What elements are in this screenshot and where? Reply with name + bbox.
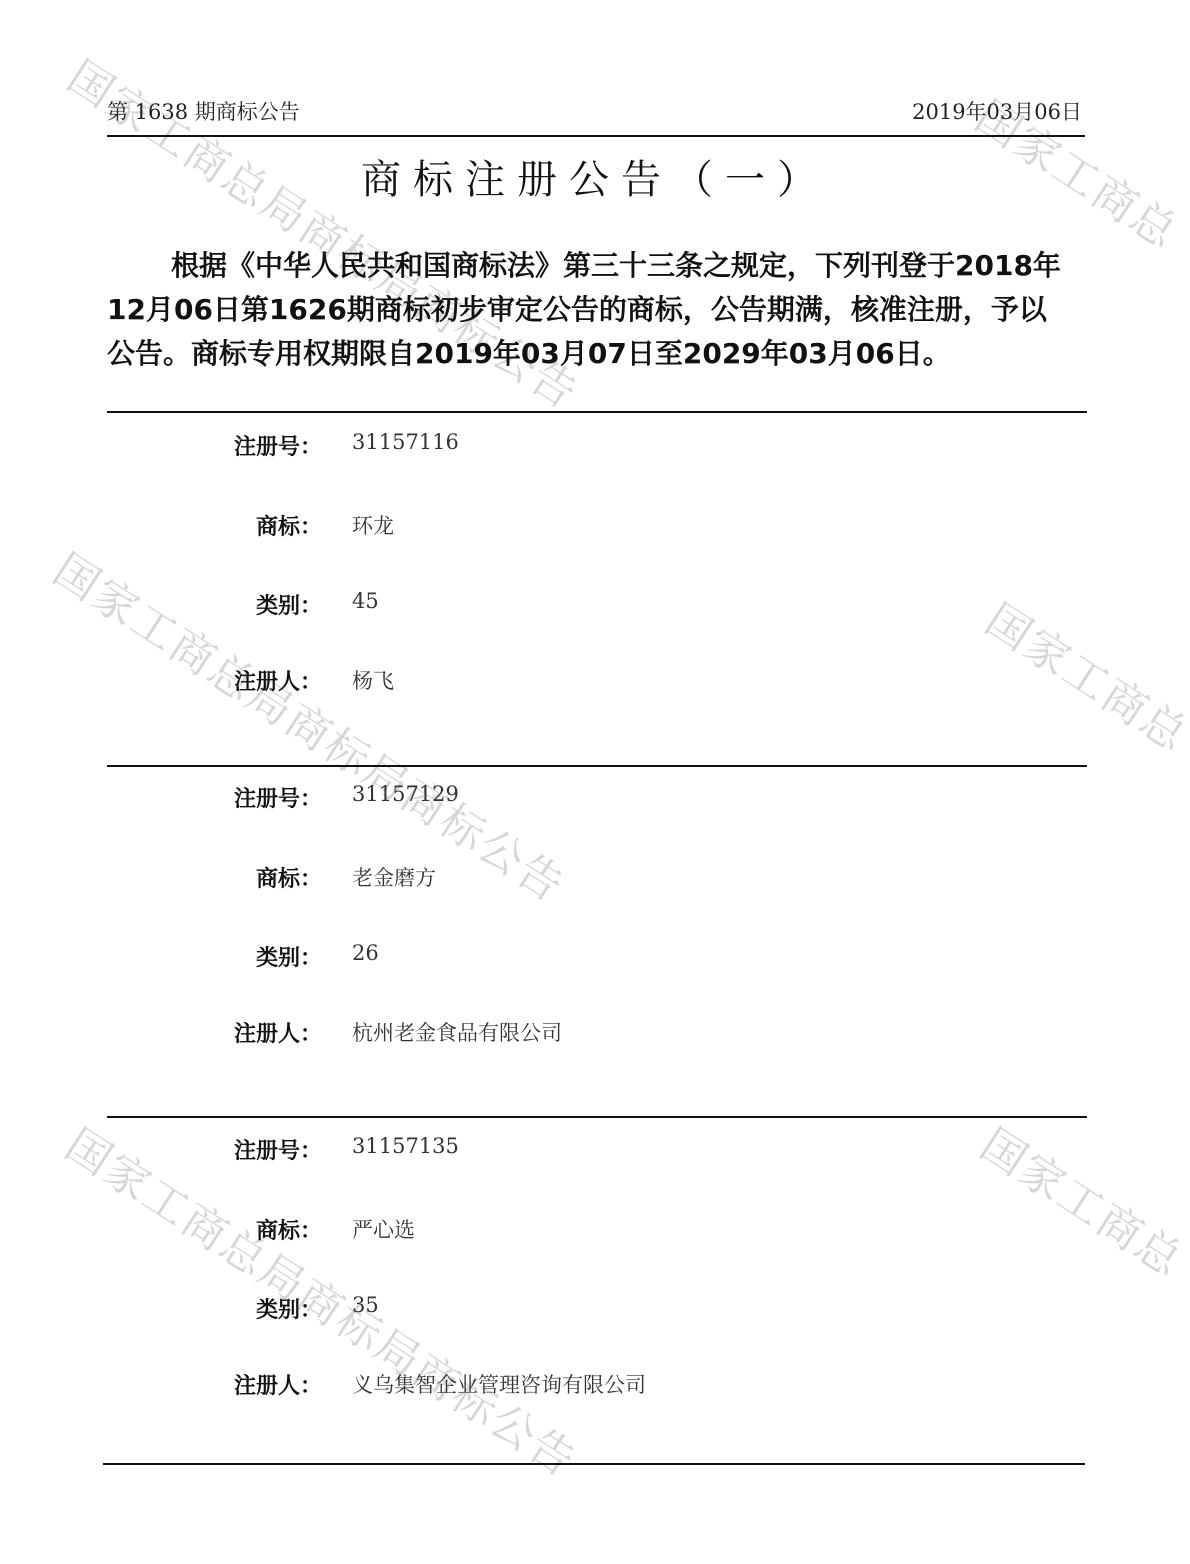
mark-row: 商标： 老金磨方 bbox=[0, 862, 1190, 892]
registrant-row: 注册人： 杨飞 bbox=[0, 665, 1190, 695]
class-value: 26 bbox=[352, 941, 379, 965]
registrant-value: 杨飞 bbox=[352, 665, 394, 695]
reg-no-value: 31157129 bbox=[352, 782, 459, 806]
mark-label: 商标： bbox=[256, 862, 322, 893]
mark-label: 商标： bbox=[256, 510, 322, 541]
reg-no-row: 注册号： 31157135 bbox=[0, 1134, 1190, 1164]
class-label: 类别： bbox=[256, 941, 322, 972]
mark-value: 严心选 bbox=[352, 1214, 415, 1244]
registrant-label: 注册人： bbox=[234, 1369, 322, 1400]
registrant-label: 注册人： bbox=[234, 1017, 322, 1048]
class-value: 45 bbox=[352, 589, 379, 613]
registrant-value: 杭州老金食品有限公司 bbox=[352, 1017, 562, 1047]
mark-row: 商标： 严心选 bbox=[0, 1214, 1190, 1244]
mark-value: 环龙 bbox=[352, 510, 394, 540]
class-row: 类别： 45 bbox=[0, 589, 1190, 619]
class-row: 类别： 26 bbox=[0, 941, 1190, 971]
intro-line: 12月06日第1626期商标初步审定公告的商标，公告期满，核准注册，予以 bbox=[107, 288, 1087, 332]
class-row: 类别： 35 bbox=[0, 1293, 1190, 1323]
header-rule bbox=[107, 135, 1085, 137]
section-divider bbox=[107, 765, 1087, 767]
registrant-row: 注册人： 杭州老金食品有限公司 bbox=[0, 1017, 1190, 1047]
registrant-row: 注册人： 义乌集智企业管理咨询有限公司 bbox=[0, 1369, 1190, 1399]
registrant-value: 义乌集智企业管理咨询有限公司 bbox=[352, 1369, 646, 1399]
section-divider bbox=[107, 411, 1087, 413]
footer-rule bbox=[103, 1463, 1085, 1465]
reg-no-label: 注册号： bbox=[234, 1134, 322, 1165]
mark-label: 商标： bbox=[256, 1214, 322, 1245]
class-label: 类别： bbox=[256, 1293, 322, 1324]
reg-no-label: 注册号： bbox=[234, 430, 322, 461]
reg-no-value: 31157135 bbox=[352, 1134, 459, 1158]
intro-paragraph: 根据《中华人民共和国商标法》第三十三条之规定，下列刊登于2018年 12月06日… bbox=[107, 244, 1087, 376]
mark-value: 老金磨方 bbox=[352, 862, 436, 892]
issue-date: 2019年03月06日 bbox=[912, 96, 1082, 126]
registrant-label: 注册人： bbox=[234, 665, 322, 696]
page-title: 商标注册公告（一） bbox=[0, 148, 1190, 205]
class-label: 类别： bbox=[256, 589, 322, 620]
reg-no-label: 注册号： bbox=[234, 782, 322, 813]
issue-number: 第 1638 期商标公告 bbox=[107, 96, 300, 126]
section-divider bbox=[107, 1116, 1087, 1118]
intro-line: 根据《中华人民共和国商标法》第三十三条之规定，下列刊登于2018年 bbox=[107, 244, 1087, 288]
reg-no-row: 注册号： 31157129 bbox=[0, 782, 1190, 812]
reg-no-row: 注册号： 31157116 bbox=[0, 430, 1190, 460]
reg-no-value: 31157116 bbox=[352, 430, 459, 454]
document-page: 第 1638 期商标公告 2019年03月06日 商标注册公告（一） 根据《中华… bbox=[0, 0, 1190, 1564]
mark-row: 商标： 环龙 bbox=[0, 510, 1190, 540]
class-value: 35 bbox=[352, 1293, 379, 1317]
intro-line: 公告。商标专用权期限自2019年03月07日至2029年03月06日。 bbox=[107, 332, 1087, 376]
